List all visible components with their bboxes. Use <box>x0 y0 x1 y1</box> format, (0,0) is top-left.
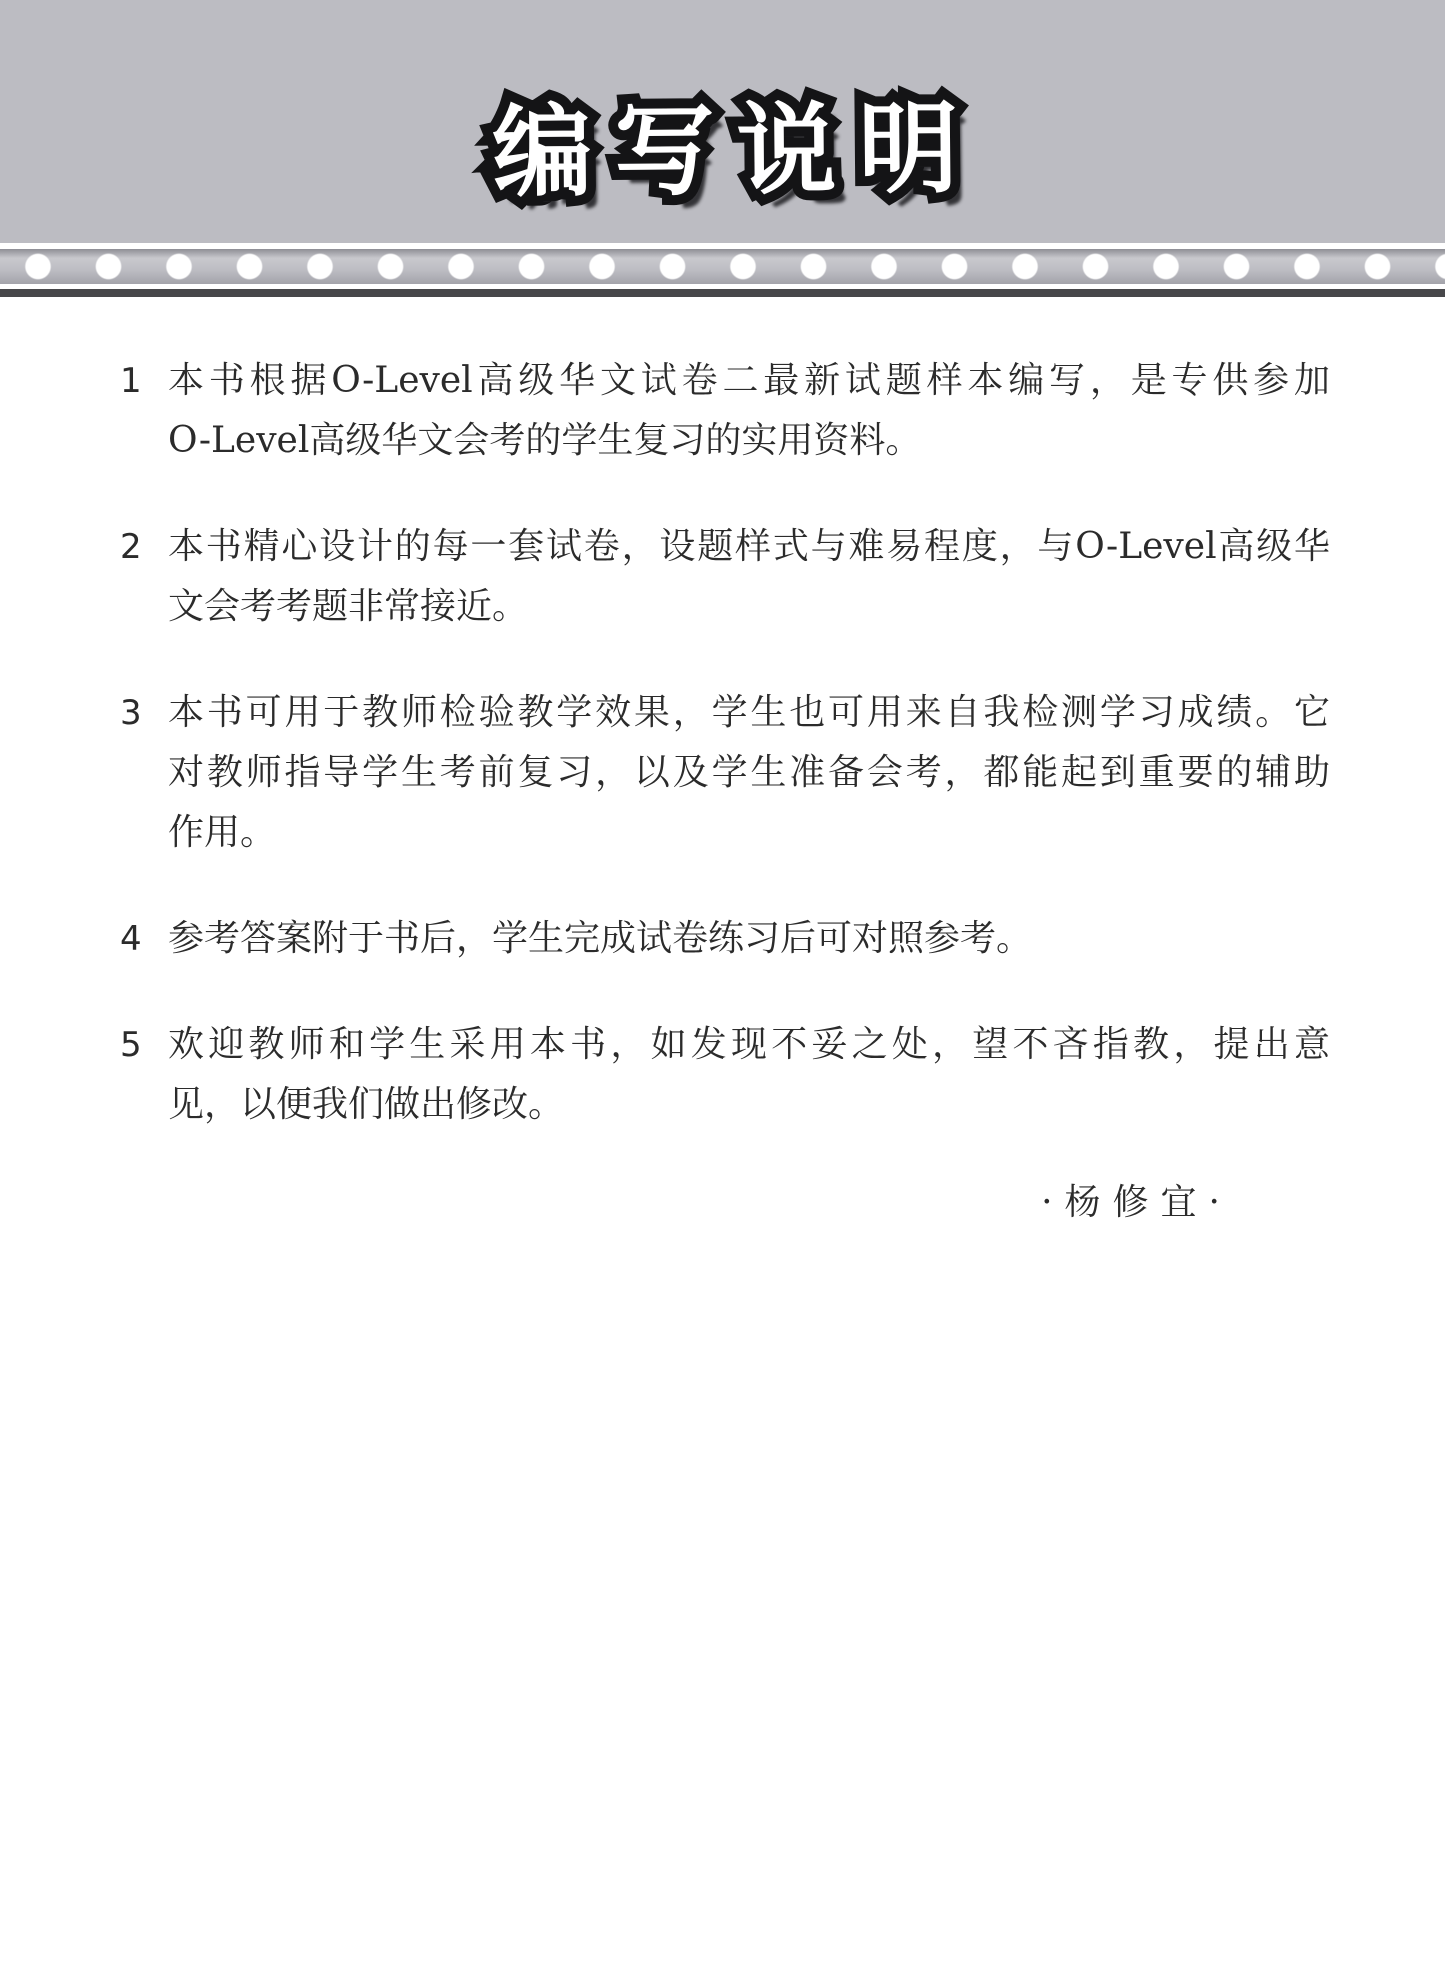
item-text: 本书精心设计的每一套试卷，设题样式与难易程度，与O-Level高级华 文会考考题… <box>168 517 1330 637</box>
item-number: 4 <box>120 909 168 969</box>
item-text-line: 本书根据O-Level高级华文试卷二最新试题样本编写，是专供参加 <box>168 351 1330 411</box>
item-number: 1 <box>120 351 168 411</box>
instruction-item-3: 3 本书可用于教师检验教学效果，学生也可用来自我检测学习成绩。它 对教师指导学生… <box>120 683 1330 863</box>
item-text-line: 参考答案附于书后，学生完成试卷练习后可对照参考。 <box>168 909 1330 969</box>
item-text-line: 本书精心设计的每一套试卷，设题样式与难易程度，与O-Level高级华 <box>168 517 1330 577</box>
item-text-line: 见，以便我们做出修改。 <box>168 1075 1330 1135</box>
item-text: 本书可用于教师检验教学效果，学生也可用来自我检测学习成绩。它 对教师指导学生考前… <box>168 683 1330 863</box>
header-band: 编写说明 编写说明 <box>0 0 1445 243</box>
instruction-item-4: 4 参考答案附于书后，学生完成试卷练习后可对照参考。 <box>120 909 1330 969</box>
filmstrip-border <box>0 249 1445 284</box>
instruction-item-1: 1 本书根据O-Level高级华文试卷二最新试题样本编写，是专供参加 O-Lev… <box>120 351 1330 471</box>
item-text-line: O-Level高级华文会考的学生复习的实用资料。 <box>168 411 1330 471</box>
instruction-item-2: 2 本书精心设计的每一套试卷，设题样式与难易程度，与O-Level高级华 文会考… <box>120 517 1330 637</box>
item-number: 3 <box>120 683 168 743</box>
item-number: 2 <box>120 517 168 577</box>
item-text: 参考答案附于书后，学生完成试卷练习后可对照参考。 <box>168 909 1330 969</box>
page-title: 编写说明 编写说明 <box>14 96 1445 206</box>
item-text-line: 作用。 <box>168 803 1330 863</box>
page-title-text: 编写说明 <box>14 90 1445 213</box>
item-text-line: 文会考考题非常接近。 <box>168 577 1330 637</box>
instructions-list: 1 本书根据O-Level高级华文试卷二最新试题样本编写，是专供参加 O-Lev… <box>0 297 1445 1225</box>
item-text-line: 对教师指导学生考前复习，以及学生准备会考，都能起到重要的辅助 <box>168 743 1330 803</box>
item-text-line: 欢迎教师和学生采用本书，如发现不妥之处，望不吝指教，提出意 <box>168 1015 1330 1075</box>
item-text: 本书根据O-Level高级华文试卷二最新试题样本编写，是专供参加 O-Level… <box>168 351 1330 471</box>
item-number: 5 <box>120 1015 168 1075</box>
instruction-item-5: 5 欢迎教师和学生采用本书，如发现不妥之处，望不吝指教，提出意 见，以便我们做出… <box>120 1015 1330 1135</box>
divider-rule <box>0 289 1445 297</box>
item-text-line: 本书可用于教师检验教学效果，学生也可用来自我检测学习成绩。它 <box>168 683 1330 743</box>
author-signature: ·杨修宜· <box>120 1181 1330 1225</box>
item-text: 欢迎教师和学生采用本书，如发现不妥之处，望不吝指教，提出意 见，以便我们做出修改… <box>168 1015 1330 1135</box>
